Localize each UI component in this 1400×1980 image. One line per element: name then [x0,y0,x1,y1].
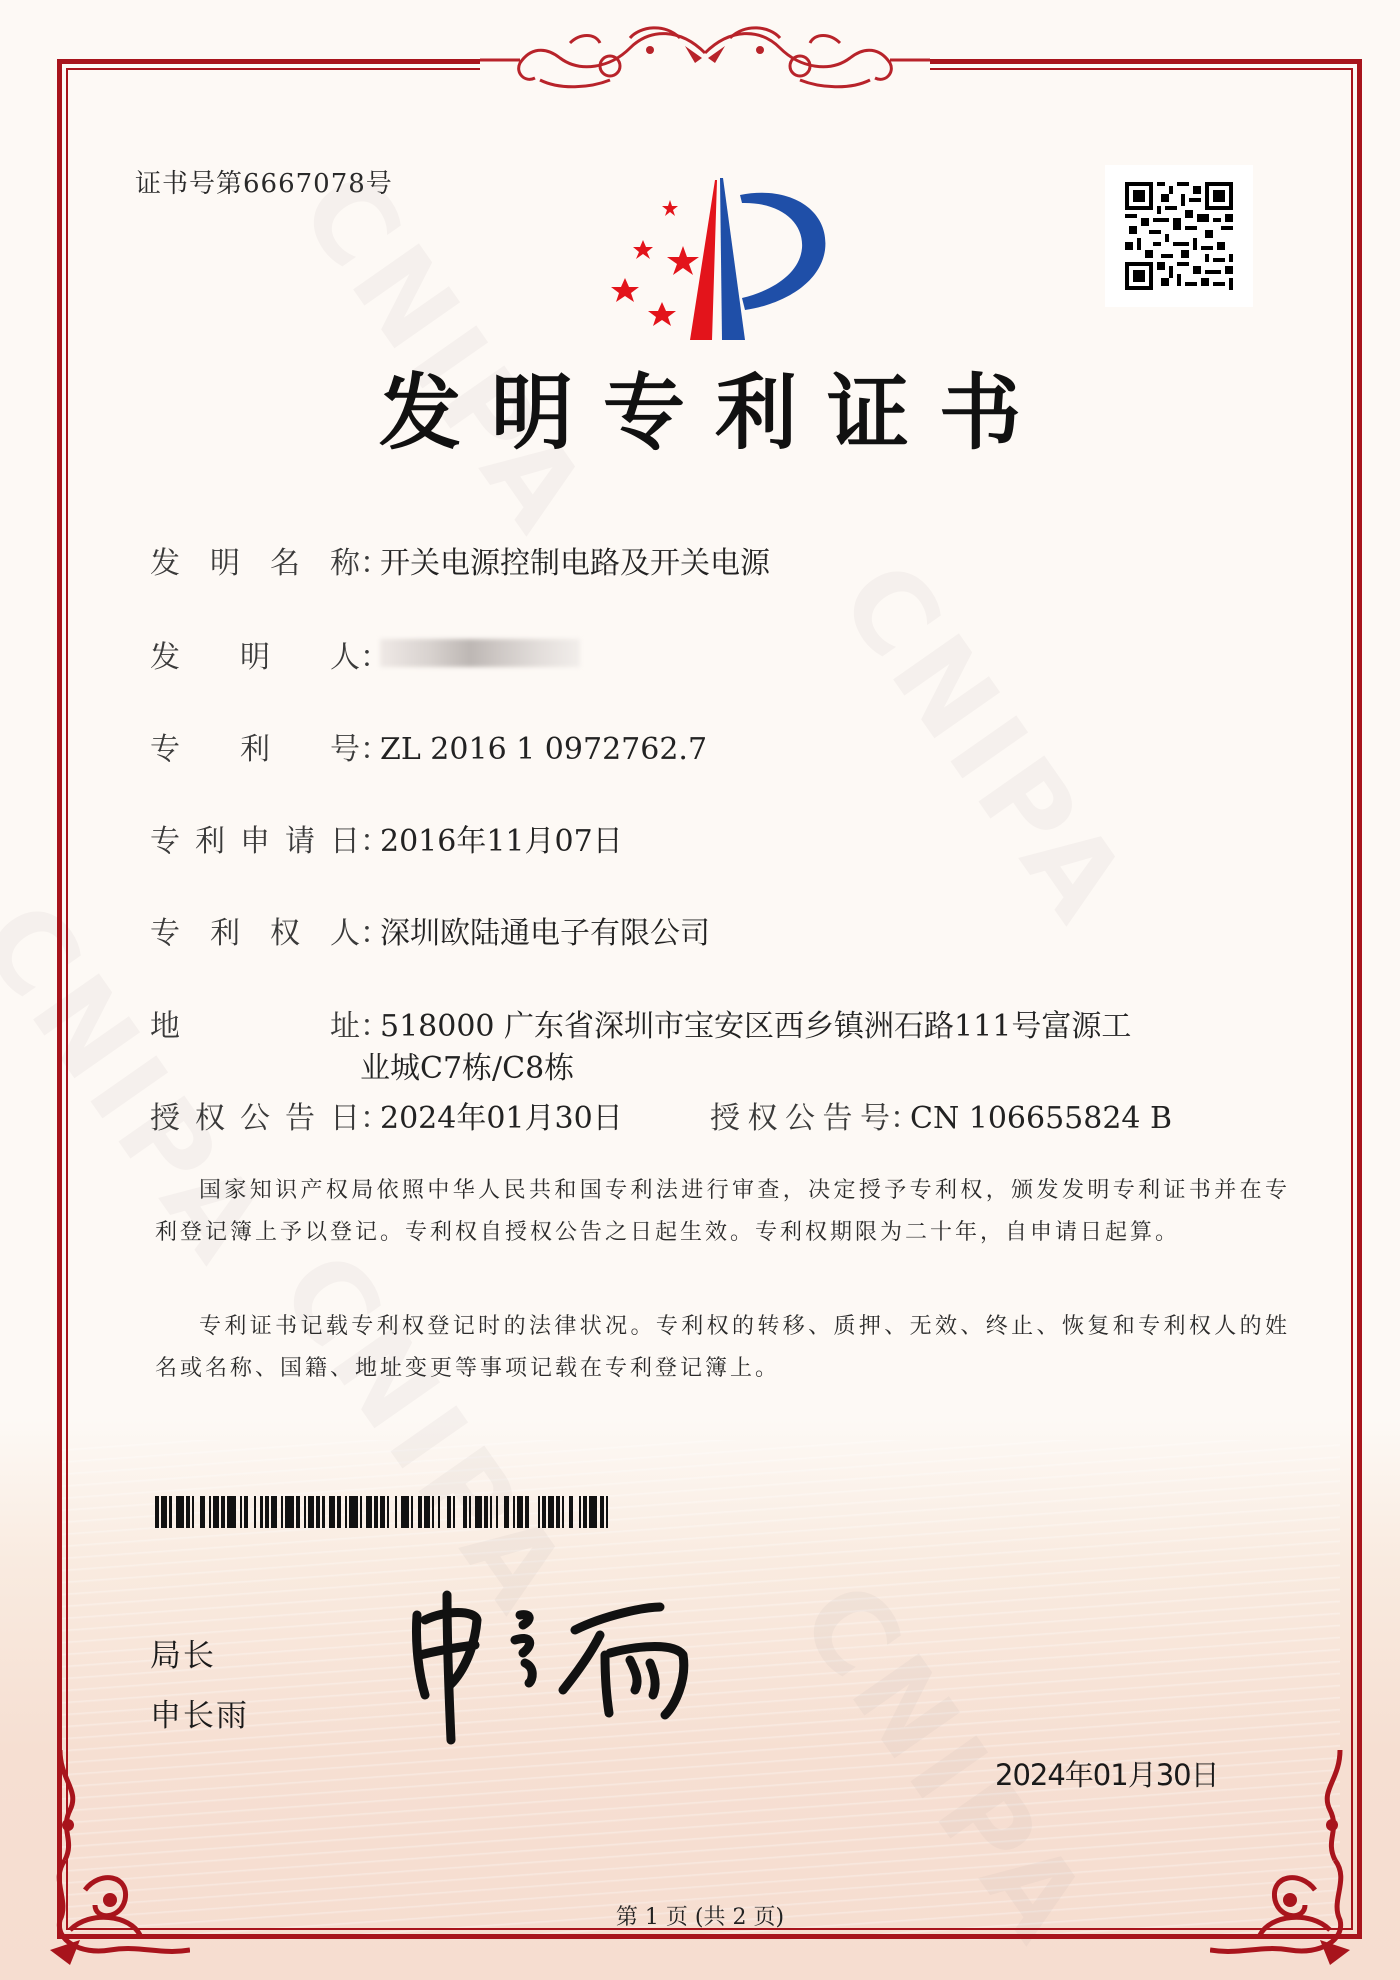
grant-number-label: 授权公告号 [710,1093,890,1137]
grant-date-value: 2024年01月30日 [380,1093,623,1137]
patent-number-value: ZL 2016 1 0972762.7 [380,732,707,767]
barcode-icon [155,1496,615,1528]
application-date-value: 2016年11月07日 [380,816,623,860]
patent-number-label: 专利号 [150,724,360,768]
patentee-label: 专利权人 [150,908,360,952]
director-title: 局长 [150,1630,216,1675]
grant-date-field: 授权公告日： 2024年01月30日 [150,1093,623,1137]
grant-date-label: 授权公告日 [150,1093,360,1137]
page-title: 发明专利证书 [0,348,1400,465]
patentee-value: 深圳欧陆通电子有限公司 [380,908,710,952]
corner-ornament-icon [1210,1750,1360,1970]
cnipa-logo-icon [590,160,830,340]
inventor-label: 发明人 [150,632,360,676]
certificate-number: 证书号第6667078号 [135,163,393,200]
address-field: 地址： 518000 广东省深圳市宝安区西乡镇洲石路111号富源工 [150,1001,1131,1045]
invention-name-field: 发明名称： 开关电源控制电路及开关电源 [150,538,770,582]
address-value-line1: 518000 广东省深圳市宝安区西乡镇洲石路111号富源工 [380,1001,1131,1045]
inventor-value-redacted [380,639,580,667]
application-date-field: 专利申请日： 2016年11月07日 [150,816,623,860]
signature-icon [405,1585,725,1745]
application-date-label: 专利申请日 [150,816,360,860]
invention-name-label: 发明名称 [150,538,360,582]
address-value-line2: 业城C7栋/C8栋 [360,1043,574,1087]
address-label: 地址 [150,1001,360,1045]
qr-code-icon [1105,165,1253,307]
patent-number-field: 专利号： ZL 2016 1 0972762.7 [150,724,707,768]
certificate-page: CNIPA CNIPA CNIPA CNIPA CNIPA [0,0,1400,1980]
patentee-field: 专利权人： 深圳欧陆通电子有限公司 [150,908,710,952]
corner-ornament-icon [40,1750,190,1970]
statement-paragraph-1: 国家知识产权局依照中华人民共和国专利法进行审查，决定授予专利权，颁发发明专利证书… [155,1170,1290,1254]
inventor-field: 发明人： [150,632,580,676]
director-name: 申长雨 [150,1690,249,1735]
page-indicator: 第 1 页 (共 2 页) [0,1900,1400,1931]
invention-name-value: 开关电源控制电路及开关电源 [380,538,770,582]
grant-number-value: CN 106655824 B [910,1101,1172,1136]
top-ornament-icon [480,18,930,98]
statement-paragraph-2: 专利证书记载专利权登记时的法律状况。专利权的转移、质押、无效、终止、恢复和专利权… [155,1306,1290,1390]
grant-number-field: 授权公告号： CN 106655824 B [710,1093,1172,1137]
issue-date: 2024年01月30日 [995,1753,1219,1794]
